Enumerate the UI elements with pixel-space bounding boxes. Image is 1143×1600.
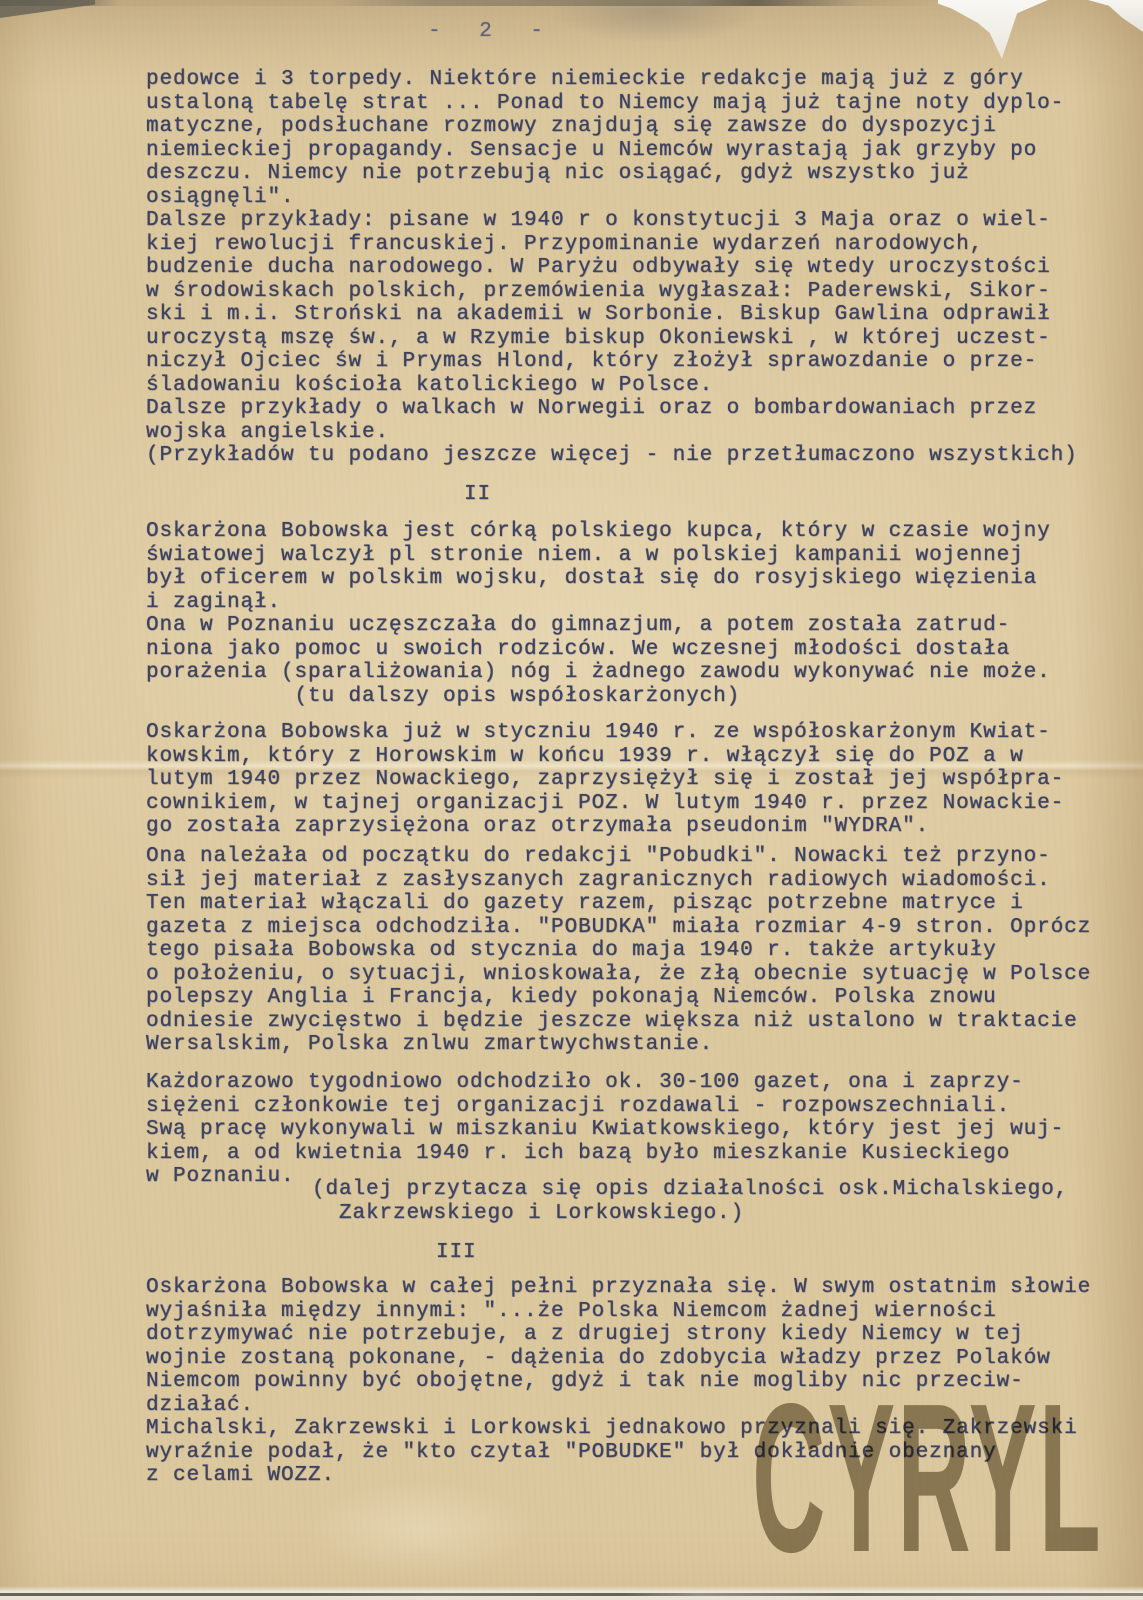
cyryl-watermark: CYRYL (752, 1398, 934, 1568)
paragraph-pobudka-editing: Ona należała od początku do redakcji "Po… (146, 845, 1091, 1057)
paper-tear-top-right (938, 0, 1048, 60)
scanned-document-page: - 2 - pedowce i 3 torpedy. Niektóre niem… (0, 0, 1143, 1600)
section-heading-ii: II (464, 483, 491, 507)
page-number: - 2 - (428, 20, 556, 44)
paragraph-propaganda-examples: pedowce i 3 torpedy. Niektóre niemieckie… (146, 68, 1078, 468)
paper-corner-shadow-top-left (0, 0, 95, 18)
paragraph-bobowska-background: Oskarżona Bobowska jest córką polskiego … (146, 520, 1051, 708)
paragraph-distribution: Każdorazowo tygodniowo odchodziło ok. 30… (146, 1071, 1064, 1189)
scan-bottom-line (0, 1593, 1143, 1596)
note-michalski-zakrzewski: (dalej przytacza się opis działalności o… (312, 1178, 1068, 1225)
paragraph-poz-oath: Oskarżona Bobowska już w styczniu 1940 r… (146, 721, 1064, 839)
section-heading-iii: III (436, 1241, 477, 1265)
